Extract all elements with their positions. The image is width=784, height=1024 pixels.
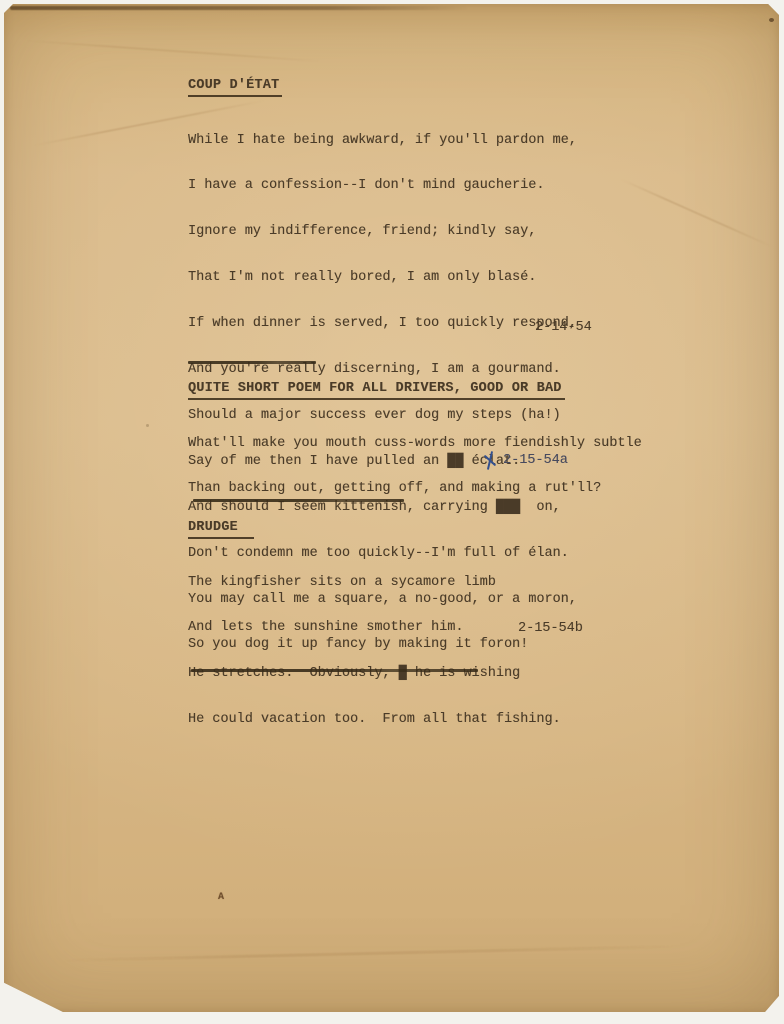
poem-section-coup-detat: COUP D'ÉTAT xyxy=(188,75,282,97)
poem-line: That I'm not really bored, I am only bla… xyxy=(188,270,577,285)
poem-title: DRUDGE xyxy=(188,521,254,539)
paper-crease xyxy=(621,179,773,248)
poem-line: And lets the sunshine smother him. xyxy=(188,620,561,635)
paper-speck xyxy=(769,18,774,22)
poem-line: The kingfisher sits on a sycamore limb xyxy=(188,575,561,590)
poem-section-drivers: QUITE SHORT POEM FOR ALL DRIVERS, GOOD O… xyxy=(188,378,565,400)
poem-date: 2-15-54b xyxy=(518,621,583,636)
poem-body: The kingfisher sits on a sycamore limb A… xyxy=(188,544,561,758)
poem-line: And you're really discerning, I am a gou… xyxy=(188,362,577,377)
poem-title: COUP D'ÉTAT xyxy=(188,79,282,97)
poem-section-drudge: DRUDGE xyxy=(188,517,254,539)
poem-line: Ignore my indifference, friend; kindly s… xyxy=(188,224,577,239)
section-divider xyxy=(193,499,404,502)
poem-line: He could vacation too. From all that fis… xyxy=(188,712,561,727)
poem-line: Than backing out, getting off, and makin… xyxy=(188,481,642,496)
section-divider xyxy=(188,361,316,364)
poem-date: 2-15-54a xyxy=(503,453,568,468)
poem-body: What'll make you mouth cuss-words more f… xyxy=(188,405,642,527)
paper-sheet: COUP D'ÉTAT While I hate being awkward, … xyxy=(4,4,779,1012)
poem-line: I have a confession--I don't mind gauche… xyxy=(188,178,577,193)
paper-top-edge-shadow xyxy=(10,6,468,10)
scanned-page-background: { "document": { "kind": "typewritten poe… xyxy=(0,0,784,1024)
poem-line: While I hate being awkward, if you'll pa… xyxy=(188,133,577,148)
poem-title: QUITE SHORT POEM FOR ALL DRIVERS, GOOD O… xyxy=(188,382,565,400)
paper-speck xyxy=(146,424,149,427)
paper-crease xyxy=(59,945,679,962)
stray-type-mark: A xyxy=(218,892,224,903)
poem-date-row: 2-15-54a xyxy=(483,452,568,469)
poem-line: If when dinner is served, I too quickly … xyxy=(188,316,577,331)
poem-date: 2-14-54 xyxy=(535,320,592,335)
paper-crease xyxy=(24,40,323,63)
poem-line: What'll make you mouth cuss-words more f… xyxy=(188,436,642,451)
handwritten-x-mark-icon xyxy=(483,452,496,469)
section-divider xyxy=(191,669,478,672)
